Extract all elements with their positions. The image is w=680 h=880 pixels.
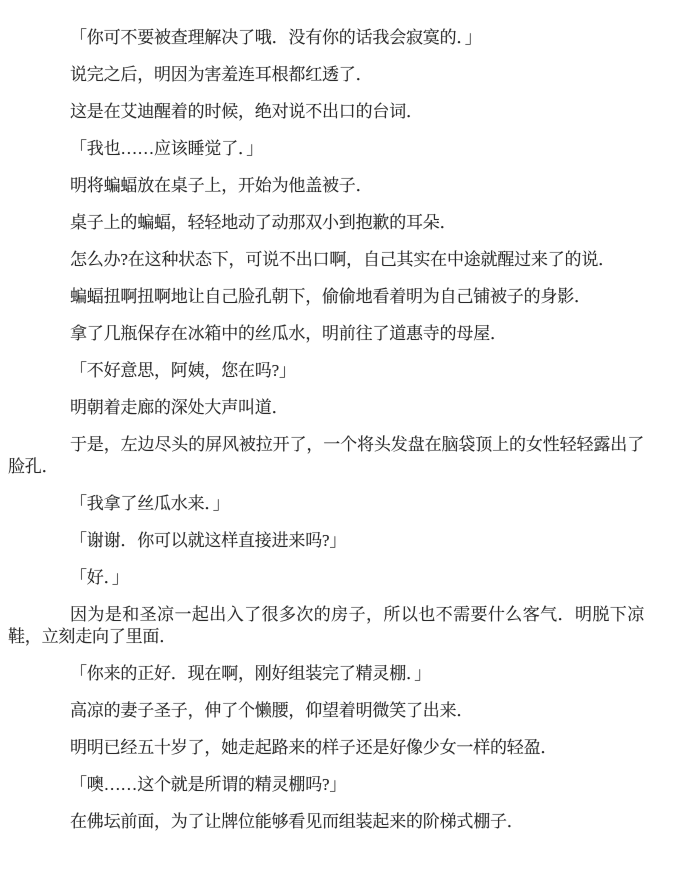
paragraph: 「你来的正好．现在啊，刚好组装完了精灵棚．」: [8, 663, 644, 685]
paragraph: 怎么办?在这种状态下，可说不出口啊，自己其实在中途就醒过来了的说．: [8, 249, 644, 271]
paragraph: 于是，左边尽头的屏风被拉开了，一个将头发盘在脑袋顶上的女性轻轻露出了脸孔．: [8, 434, 644, 478]
page-text: 「你可不要被查理解决了哦．没有你的话我会寂寞的．」说完之后，明因为害羞连耳根都红…: [8, 27, 644, 833]
paragraph: 桌子上的蝙蝠，轻轻地动了动那双小到抱歉的耳朵．: [8, 212, 644, 234]
document-page: 「你可不要被查理解决了哦．没有你的话我会寂寞的．」说完之后，明因为害羞连耳根都红…: [0, 0, 680, 880]
paragraph: 明朝着走廊的深处大声叫道．: [8, 397, 644, 419]
paragraph: 「我也……应该睡觉了．」: [8, 138, 644, 160]
paragraph: 「你可不要被查理解决了哦．没有你的话我会寂寞的．」: [8, 27, 644, 49]
paragraph: 说完之后，明因为害羞连耳根都红透了．: [8, 64, 644, 86]
paragraph: 「噢……这个就是所谓的精灵棚吗?」: [8, 774, 644, 796]
paragraph: 蝙蝠扭啊扭啊地让自己脸孔朝下，偷偷地看着明为自己铺被子的身影．: [8, 286, 644, 308]
paragraph: 「谢谢．你可以就这样直接进来吗?」: [8, 530, 644, 552]
paragraph: 因为是和圣凉一起出入了很多次的房子，所以也不需要什么客气．明脱下凉鞋，立刻走向了…: [8, 604, 644, 648]
paragraph: 明明已经五十岁了，她走起路来的样子还是好像少女一样的轻盈．: [8, 737, 644, 759]
paragraph: 「我拿了丝瓜水来．」: [8, 493, 644, 515]
paragraph: 拿了几瓶保存在冰箱中的丝瓜水，明前往了道惠寺的母屋．: [8, 323, 644, 345]
paragraph: 「好．」: [8, 567, 644, 589]
paragraph: 「不好意思，阿姨，您在吗?」: [8, 360, 644, 382]
paragraph: 高凉的妻子圣子，伸了个懒腰，仰望着明微笑了出来．: [8, 700, 644, 722]
paragraph: 明将蝙蝠放在桌子上，开始为他盖被子．: [8, 175, 644, 197]
paragraph: 这是在艾迪醒着的时候，绝对说不出口的台词．: [8, 101, 644, 123]
paragraph: 在佛坛前面，为了让牌位能够看见而组装起来的阶梯式棚子．: [8, 811, 644, 833]
